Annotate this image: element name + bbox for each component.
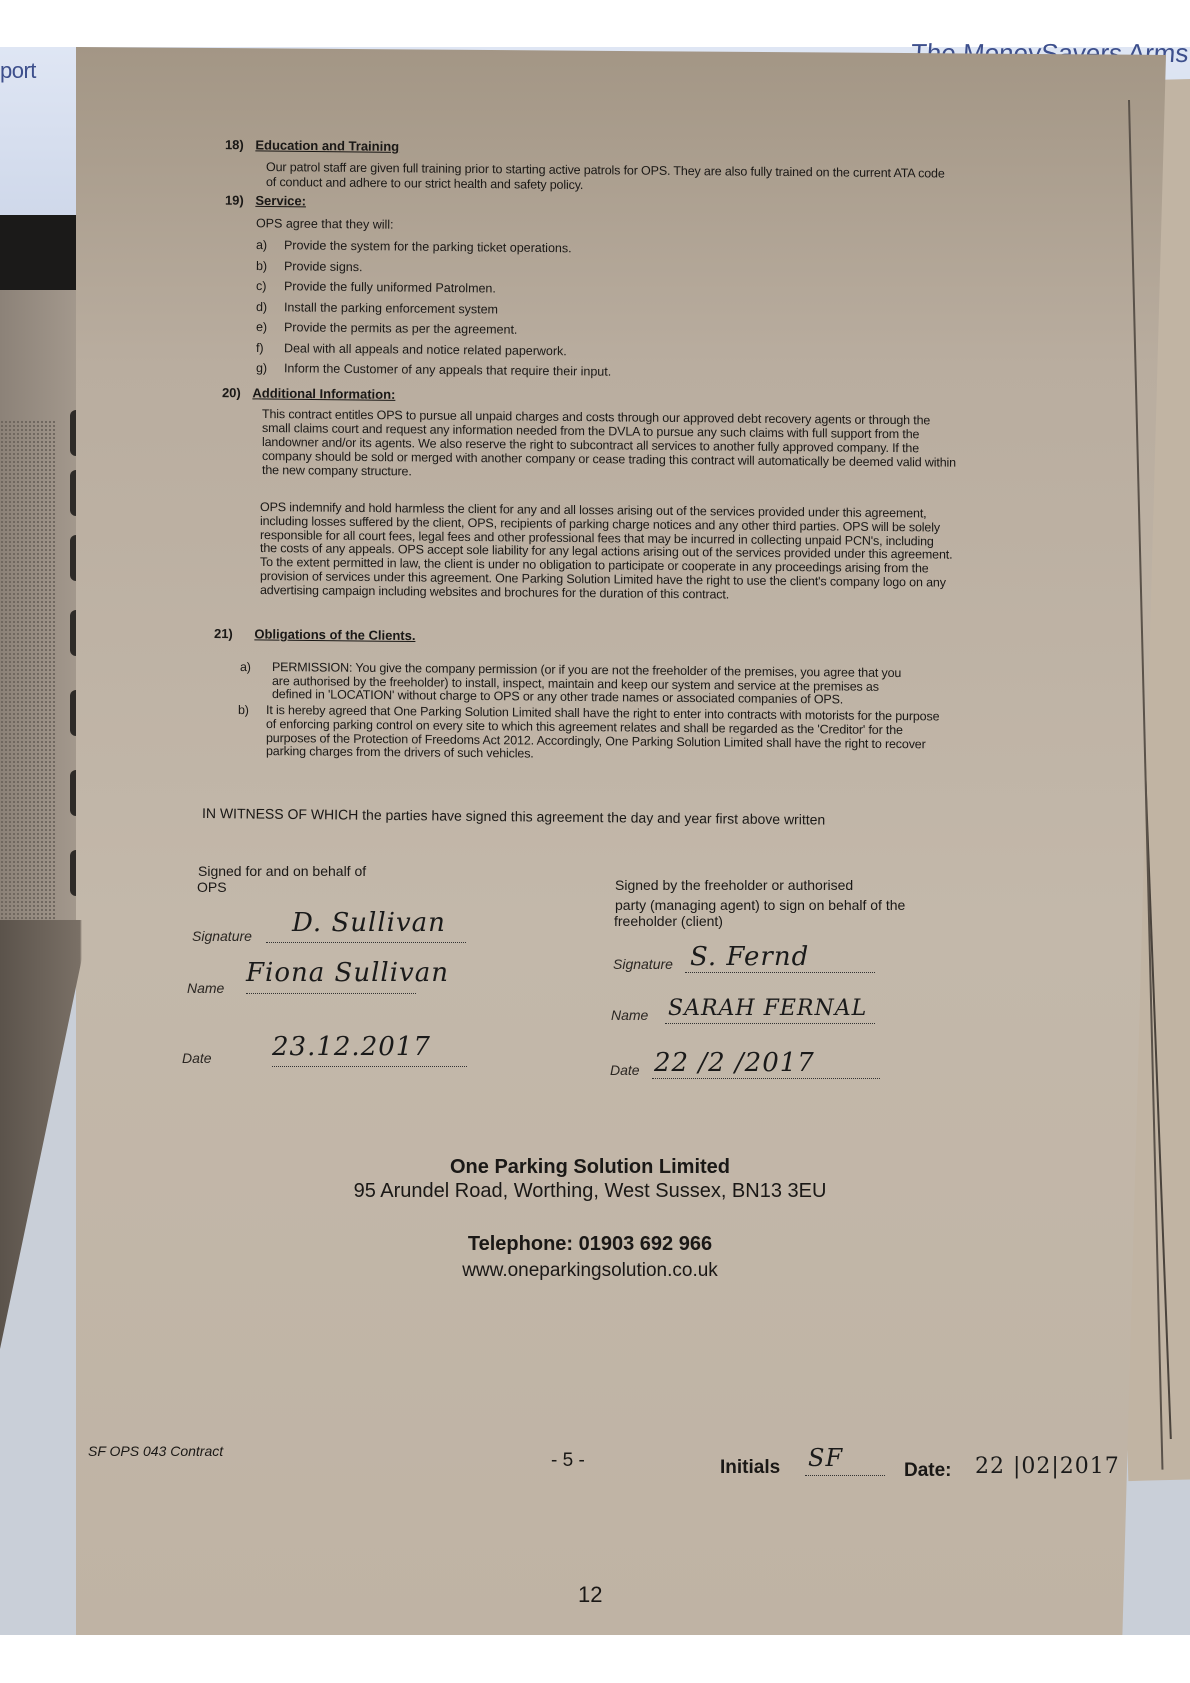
client-heading: party (managing agent) to sign on behalf… [615, 897, 905, 913]
section-title: Service: [255, 193, 306, 209]
section-title: Education and Training [255, 137, 399, 154]
list-marker: a) [240, 660, 251, 675]
client-name-label: Name [611, 1007, 648, 1023]
list-item-text: Provide the fully uniformed Patrolmen. [284, 279, 496, 295]
list-item-text: Deal with all appeals and notice related… [284, 341, 567, 358]
ops-signature-label: Signature [192, 928, 252, 944]
list-marker: c) [256, 279, 284, 293]
page-number: - 5 - [551, 1450, 585, 1472]
witness-statement: IN WITNESS OF WHICH the parties have sig… [202, 805, 825, 828]
ops-signature-value: D. Sullivan [292, 908, 446, 938]
list-item-text: Install the parking enforcement system [284, 300, 498, 316]
client-date-label: Date [610, 1062, 640, 1078]
ops-heading: Signed for and on behalf of [198, 863, 366, 879]
ops-name-value: Fiona Sullivan [246, 958, 449, 988]
document-content: 18) Education and Training Our patrol st… [0, 0, 1190, 1683]
ops-heading: OPS [197, 879, 227, 895]
section-19-intro: OPS agree that they will: [256, 216, 394, 231]
section-number: 21) [214, 626, 233, 641]
additional-info-line: the new company structure. [262, 463, 412, 479]
list-item-text: Provide signs. [284, 259, 363, 274]
ops-date-value: 23.12.2017 [272, 1032, 431, 1062]
section-title: Obligations of the Clients. [254, 626, 415, 643]
ops-date-label: Date [182, 1050, 212, 1066]
list-marker: b) [256, 259, 284, 273]
company-name: One Parking Solution Limited [290, 1156, 890, 1179]
service-list-item: a)Provide the system for the parking tic… [256, 238, 572, 255]
list-marker: f) [256, 341, 284, 355]
client-date-value: 22 /2 /2017 [654, 1048, 815, 1078]
section-18-heading: 18) Education and Training [225, 137, 399, 154]
ops-name-label: Name [187, 980, 224, 996]
initials-value: SF [808, 1444, 843, 1472]
list-marker: b) [238, 703, 249, 718]
section-number: 20) [222, 385, 241, 400]
service-list-item: c)Provide the fully uniformed Patrolmen. [256, 279, 496, 296]
client-name-value: SARAH FERNAL [668, 996, 867, 1021]
list-marker: e) [256, 320, 284, 334]
footer-date-value: 22 |02|2017 [975, 1454, 1120, 1479]
footer-date-label: Date: [904, 1460, 952, 1482]
client-signature-label: Signature [613, 956, 673, 972]
service-list-item: b)Provide signs. [256, 259, 363, 274]
section-20-heading: 20) Additional Information: [222, 385, 396, 402]
section-title: Additional Information: [252, 385, 395, 401]
section-19-heading: 19) Service: [225, 193, 306, 209]
initials-label: Initials [720, 1457, 780, 1479]
client-heading: Signed by the freeholder or authorised [615, 877, 853, 893]
company-website[interactable]: www.oneparkingsolution.co.uk [290, 1260, 890, 1282]
list-marker: d) [256, 300, 284, 314]
document-reference: SF OPS 043 Contract [88, 1443, 223, 1459]
section-21-heading: 21) Obligations of the Clients. [214, 626, 416, 643]
list-item-text: Provide the permits as per the agreement… [284, 320, 518, 336]
section-18-line: of conduct and adhere to our strict heal… [266, 175, 583, 193]
list-marker: g) [256, 361, 284, 375]
client-heading: freeholder (client) [614, 913, 723, 929]
company-telephone: Telephone: 01903 692 966 [290, 1233, 890, 1256]
creditor-line: parking charges from the drivers of such… [266, 744, 534, 762]
service-list-item: g)Inform the Customer of any appeals tha… [256, 361, 611, 379]
service-list-item: e)Provide the permits as per the agreeme… [256, 320, 518, 337]
section-number: 19) [225, 193, 244, 208]
client-signature-value: S. Fernd [690, 942, 809, 972]
list-marker: a) [256, 238, 284, 252]
list-item-text: Provide the system for the parking ticke… [284, 238, 572, 255]
service-list-item: d)Install the parking enforcement system [256, 300, 498, 317]
service-list-item: f)Deal with all appeals and notice relat… [256, 341, 567, 358]
list-item-text: Inform the Customer of any appeals that … [284, 361, 611, 378]
company-address: 95 Arundel Road, Worthing, West Sussex, … [290, 1180, 890, 1203]
sheet-number: 12 [578, 1582, 602, 1608]
section-number: 18) [225, 137, 244, 152]
